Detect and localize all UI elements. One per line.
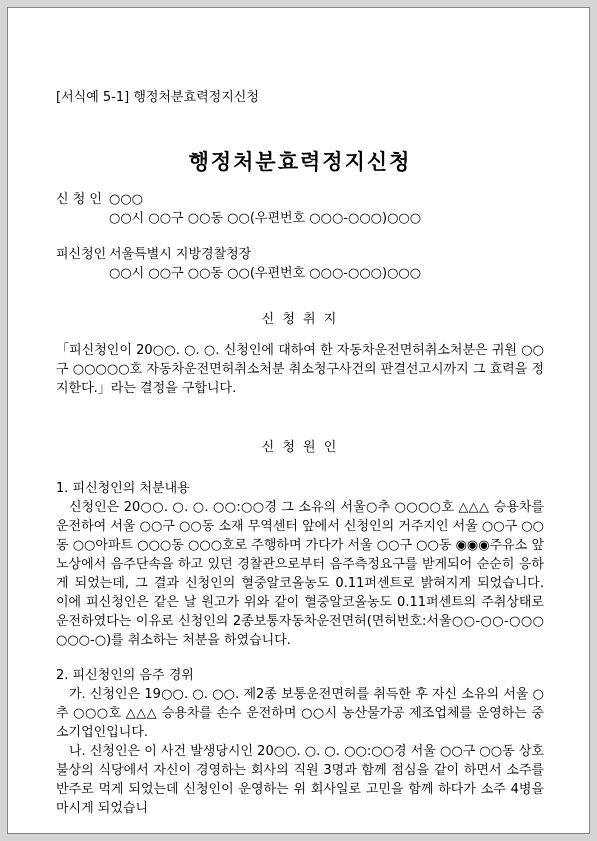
applicant-name: ○○○ (109, 190, 544, 209)
applicant-info: ○○○ ○○시 ○○구 ○○동 ○○(우편번호 ○○○-○○○)○○○ (109, 190, 544, 228)
cause-item1-heading: 1. 피신청인의 처분내용 (56, 479, 544, 498)
purpose-section-header: 신 청 취 지 (56, 310, 544, 329)
cause-item1-paragraph: 신청인은 20○○. ○. ○. ○○:○○경 그 소유의 서울○추 ○○○○호… (56, 498, 544, 650)
respondent-address: ○○시 ○○구 ○○동 ○○(우편번호 ○○○-○○○)○○○ (109, 264, 544, 283)
respondent-row: 피신청인 서울특별시 지방경찰청장 ○○시 ○○구 ○○동 ○○(우편번호 ○○… (56, 245, 544, 283)
purpose-paragraph: 「피신청인이 20○○. ○. ○. 신청인에 대하여 한 자동차운전면허취소처… (56, 341, 544, 398)
document-page: [서식예 5-1] 행정처분효력정지신청 행정처분효력정지신청 신 청 인 ○○… (7, 7, 590, 834)
respondent-name: 서울특별시 지방경찰청장 (109, 245, 544, 264)
cause-item2-heading: 2. 피신청인의 음주 경위 (56, 666, 544, 685)
applicant-address: ○○시 ○○구 ○○동 ○○(우편번호 ○○○-○○○)○○○ (109, 209, 544, 228)
applicant-label: 신 청 인 (56, 190, 109, 228)
cause-item2-paragraph-ga: 가. 신청인은 19○○. ○. ○○. 제2종 보통운전면허를 취득한 후 자… (56, 685, 544, 742)
respondent-info: 서울특별시 지방경찰청장 ○○시 ○○구 ○○동 ○○(우편번호 ○○○-○○○… (109, 245, 544, 283)
cause-section-header: 신 청 원 인 (56, 438, 544, 457)
cause-item2-paragraph-na: 나. 신청인은 이 사건 발생당시인 20○○. ○. ○. ○○:○○경 서울… (56, 742, 544, 818)
form-reference-label: [서식예 5-1] 행정처분효력정지신청 (56, 90, 544, 106)
document-title: 행정처분효력정지신청 (56, 149, 544, 175)
applicant-row: 신 청 인 ○○○ ○○시 ○○구 ○○동 ○○(우편번호 ○○○-○○○)○○… (56, 190, 544, 228)
desktop-background: { "colors": { "canvas_background": "#d5d… (0, 0, 597, 841)
respondent-label: 피신청인 (56, 245, 109, 283)
